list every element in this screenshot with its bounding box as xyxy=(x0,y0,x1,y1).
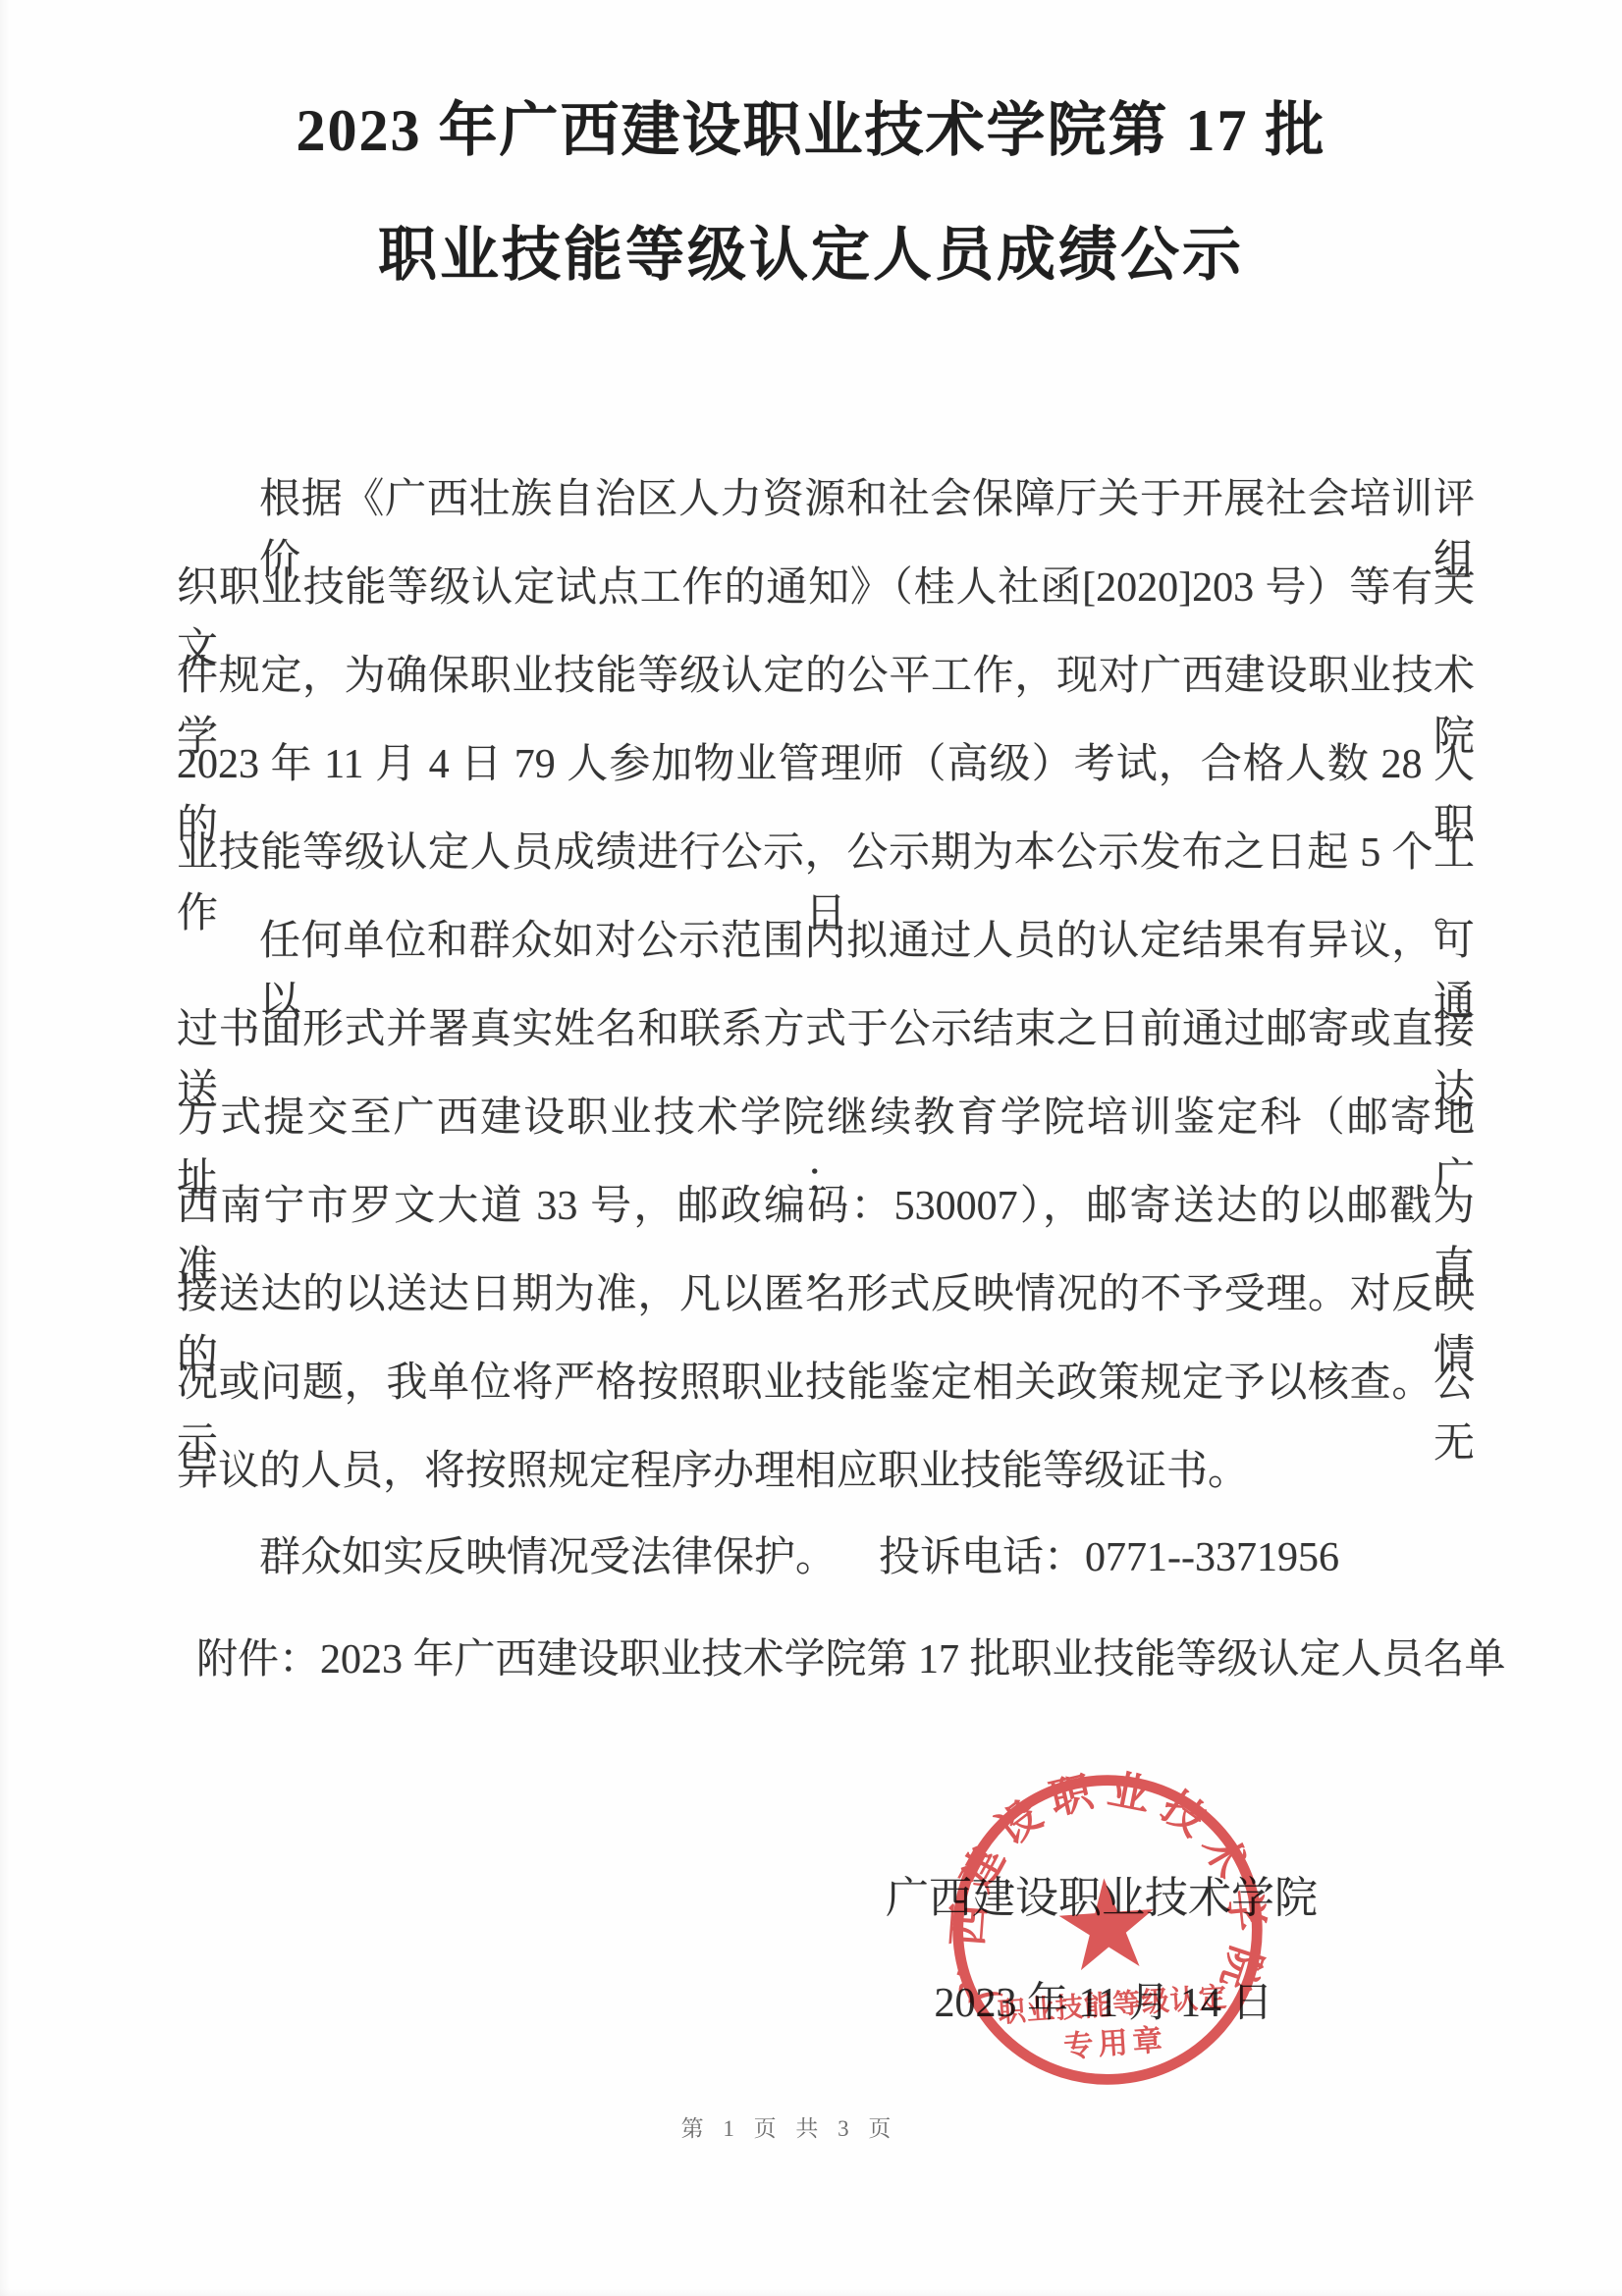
body-line: 异议的人员，将按照规定程序办理相应职业技能等级证书。 xyxy=(177,1441,1475,1502)
page-title-line-2: 职业技能等级认定人员成绩公示 xyxy=(0,216,1622,294)
page-title-line-1: 2023 年广西建设职业技术学院第 17 批 xyxy=(0,91,1622,170)
complaint-phone: 投诉电话：0771--3371956 xyxy=(879,1527,1339,1588)
scan-edge-left xyxy=(0,0,10,2296)
scan-edge-bottom xyxy=(0,2288,1622,2296)
official-seal: 广西建设职业技术学院 职业技能等级认定 专用章 xyxy=(945,1767,1271,2093)
legal-protection-row: 群众如实反映情况受法律保护。 投诉电话：0771--3371956 xyxy=(0,1527,1622,1588)
scanned-notice-page: 2023 年广西建设职业技术学院第 17 批 职业技能等级认定人员成绩公示 根据… xyxy=(0,0,1622,2296)
seal-ring-border xyxy=(947,1770,1267,2089)
legal-note: 群众如实反映情况受法律保护。 xyxy=(259,1527,837,1588)
page-footer: 第 1 页 共 3 页 xyxy=(0,2110,1600,2143)
attachment-note: 附件：2023 年广西建设职业技术学院第 17 批职业技能等级认定人员名单 xyxy=(196,1629,1506,1690)
signature-organization: 广西建设职业技术学院 xyxy=(807,1870,1396,1927)
official-seal-graphic: 广西建设职业技术学院 职业技能等级认定 专用章 xyxy=(945,1767,1271,2093)
signature-date: 2023 年 11 月 14 日 xyxy=(809,1975,1398,2032)
